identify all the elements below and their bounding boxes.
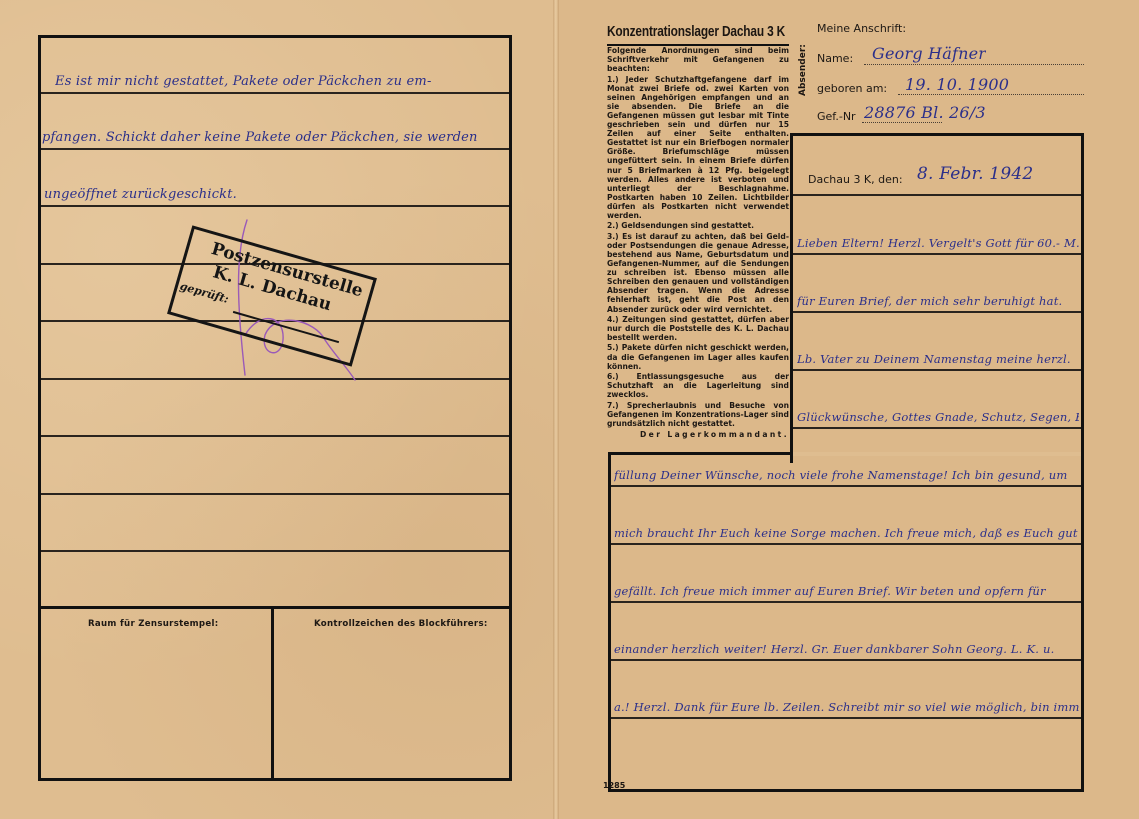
censor-stamp-label: Raum für Zensurstempel: <box>88 619 219 629</box>
name-label: Name: <box>817 52 853 65</box>
letter-box-lower <box>608 452 1084 792</box>
handwritten-line-left-3: ungeöffnet zurückgeschickt. <box>44 187 344 202</box>
instruction-rule-5: 5.) Pakete dürfen nicht geschickt werden… <box>607 343 789 370</box>
handwritten-line-right-1: Lieben Eltern! Herzl. Vergelt's Gott für… <box>797 236 1079 250</box>
instruction-rule-6: 6.) Entlassungsgesuche aus der Schutzhaf… <box>607 372 789 399</box>
handwritten-line-right-5: füllung Deiner Wünsche, noch viele frohe… <box>614 468 1079 482</box>
ruled-line <box>793 311 1081 313</box>
ruled-line <box>793 369 1081 371</box>
born-field-line <box>898 94 1084 95</box>
sender-side-label: Absender: <box>798 44 808 96</box>
instruction-rule-2: 2.) Geldsendungen sind gestattet. <box>607 221 789 230</box>
instruction-rule-4: 4.) Zeitungen sind gestattet, dürfen abe… <box>607 315 789 342</box>
instruction-rule-3: 3.) Es ist darauf zu achten, daß bei Gel… <box>607 232 789 314</box>
date-value: 8. Febr. 1942 <box>917 164 1033 184</box>
handwritten-line-right-9: a.! Herzl. Dank für Eure lb. Zeilen. Sch… <box>614 700 1079 714</box>
handwritten-line-right-6: mich braucht Ihr Euch keine Sorge machen… <box>614 526 1079 540</box>
censor-box-divider <box>271 606 274 778</box>
instructions-right-border <box>790 133 793 455</box>
ruled-line <box>611 543 1081 545</box>
instruction-rule-7: 7.) Sprecherlaubnis und Besuche von Gefa… <box>607 401 789 428</box>
form-number: 1285 <box>603 781 625 790</box>
letter-box-left <box>38 35 512 781</box>
handwritten-line-right-2: für Euren Brief, der mich sehr beruhigt … <box>797 294 1079 308</box>
prisoner-number-value: 28876 Bl. 26/3 <box>864 103 986 122</box>
block-leader-label: Kontrollzeichen des Blockführers: <box>314 619 488 629</box>
left-page: Es ist mir nicht gestattet, Pakete oder … <box>0 0 556 819</box>
commandant-signature: Der Lagerkommandant. <box>607 430 789 439</box>
letter-box-join <box>793 452 1081 456</box>
born-label: geboren am: <box>817 82 887 95</box>
ruled-line <box>41 205 509 207</box>
ruled-line <box>611 717 1081 719</box>
censor-section-divider <box>41 606 509 609</box>
ruled-line <box>611 601 1081 603</box>
ruled-line <box>41 550 509 552</box>
ruled-line <box>41 435 509 437</box>
handwritten-line-left-1: Es ist mir nicht gestattet, Pakete oder … <box>55 74 500 89</box>
handwritten-line-right-4: Glückwünsche, Gottes Gnade, Schutz, Sege… <box>797 410 1079 424</box>
ruled-line <box>41 148 509 150</box>
instruction-rule-1: 1.) Jeder Schutzhaftgefangene darf im Mo… <box>607 75 789 221</box>
name-value: Georg Häfner <box>872 44 986 63</box>
date-rule <box>793 194 1081 196</box>
handwritten-line-right-3: Lb. Vater zu Deinem Namenstag meine herz… <box>797 352 1079 366</box>
prisoner-number-field-line <box>862 122 942 123</box>
born-value: 19. 10. 1900 <box>905 75 1009 94</box>
ruled-line <box>41 92 509 94</box>
instructions-intro: Folgende Anordnungen sind beim Schriftve… <box>607 46 789 73</box>
form-title: Konzentrationslager Dachau 3 K <box>607 24 761 40</box>
ruled-line <box>611 659 1081 661</box>
name-field-line <box>864 64 1084 65</box>
ruled-line <box>793 427 1081 429</box>
handwritten-line-right-8: einander herzlich weiter! Herzl. Gr. Eue… <box>614 642 1079 656</box>
prisoner-number-label: Gef.-Nr <box>817 110 856 123</box>
address-heading: Meine Anschrift: <box>817 22 906 35</box>
handwritten-line-left-2: pfangen. Schickt daher keine Pakete oder… <box>42 130 502 145</box>
ruled-line <box>611 485 1081 487</box>
date-label: Dachau 3 K, den: <box>808 173 903 186</box>
handwritten-line-right-7: gefällt. Ich freue mich immer auf Euren … <box>614 584 1079 598</box>
ruled-line <box>41 493 509 495</box>
instructions-block: Folgende Anordnungen sind beim Schriftve… <box>607 46 789 440</box>
ruled-line <box>793 253 1081 255</box>
